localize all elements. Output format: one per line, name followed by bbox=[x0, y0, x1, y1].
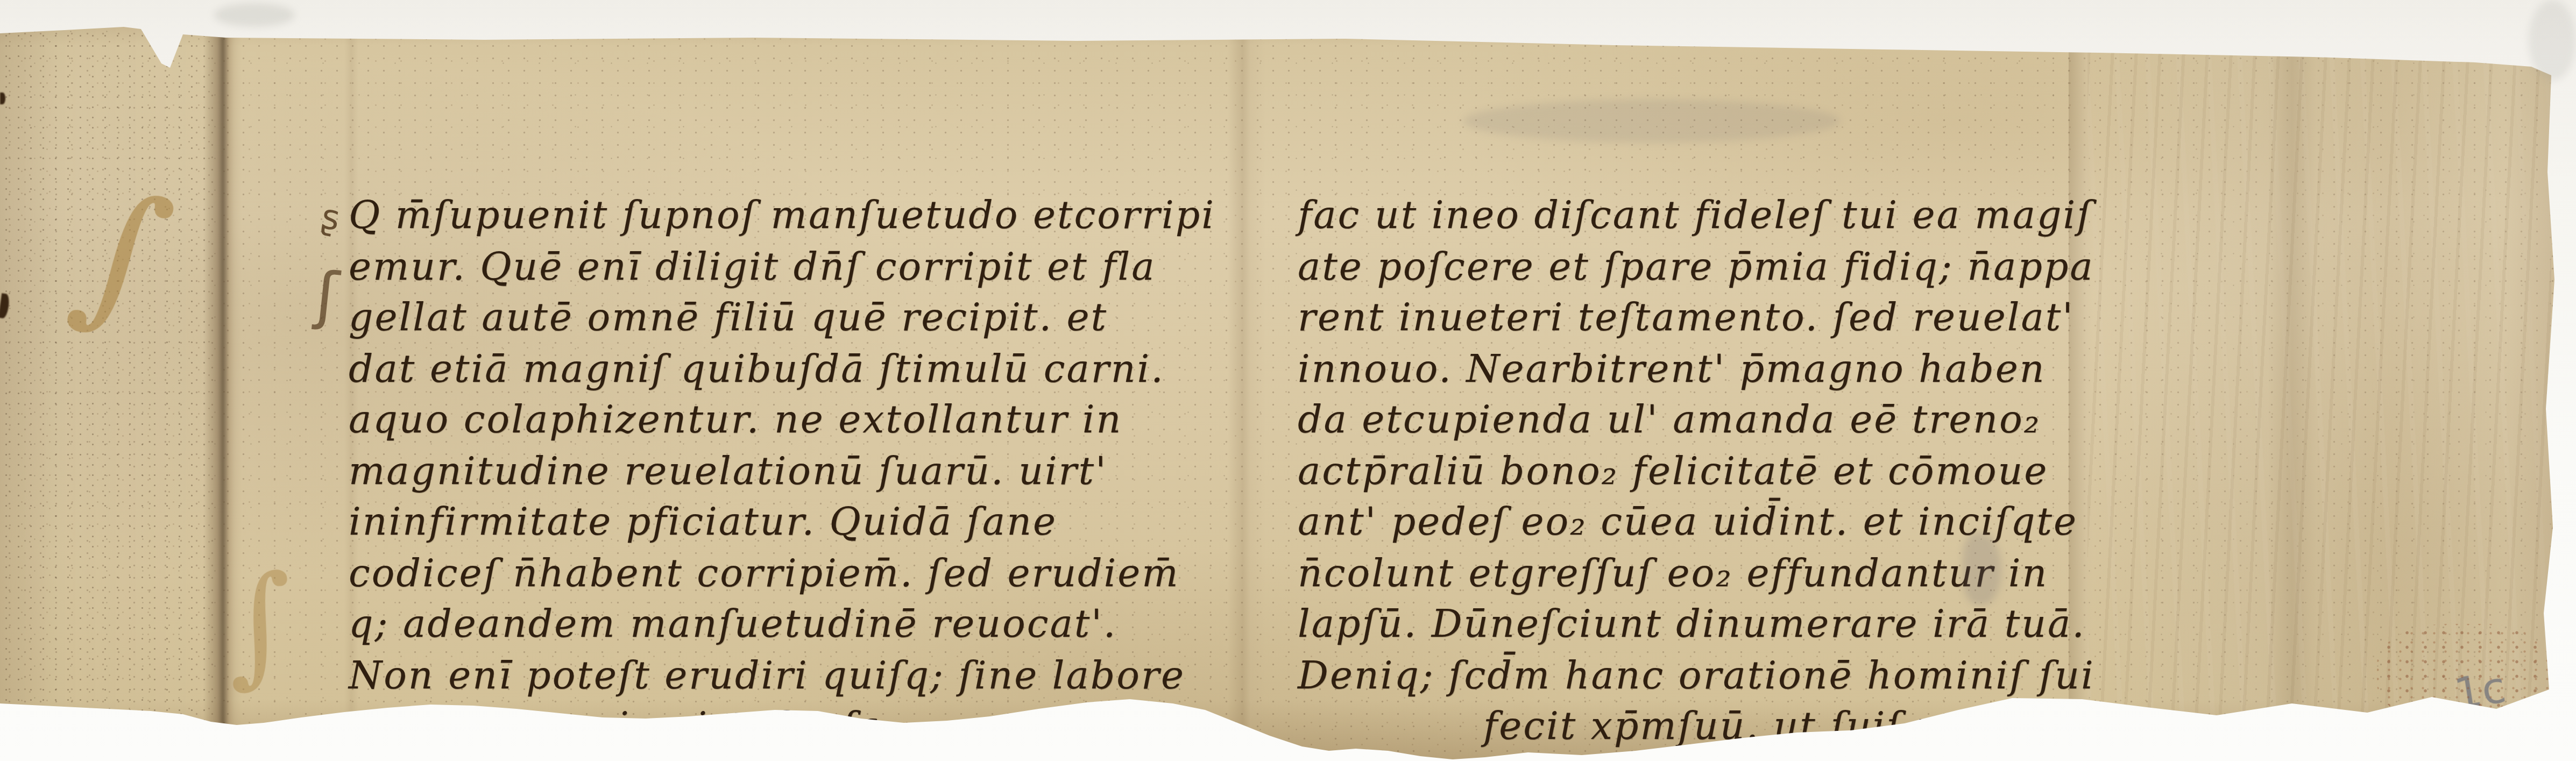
margin-crease bbox=[2268, 32, 2316, 726]
manuscript-text-line: Deniq; ſcd̄m hanc orationē hominiſ ſui bbox=[1298, 650, 2078, 701]
manuscript-text-line: Non enī poteſt erudiri quiſq; ſine labor… bbox=[349, 650, 1209, 701]
show-through-smudge bbox=[1463, 99, 1840, 143]
manuscript-text-line: ininfirmitate pficiatur. Quidā ſane bbox=[349, 496, 1209, 547]
manuscript-text-line: da etcupienda ul' amanda eē treno₂ bbox=[1298, 394, 2078, 445]
manuscript-text-line: actp̄raliū bono₂ felicitatē et cōmoue bbox=[1298, 445, 2078, 496]
rust-speckle-cluster bbox=[2377, 624, 2554, 723]
manuscript-text-line: emur. Quē enī diligit dn̄ſ corripit et f… bbox=[349, 241, 1209, 292]
show-through-smudge bbox=[2529, 0, 2576, 81]
manuscript-text-line: gellat autē omnē filiū quē recipit. et bbox=[349, 291, 1209, 343]
show-through-smudge bbox=[1963, 532, 2001, 605]
manuscript-text-line: fecit xp̄mſuū. ut ſuiſ paſſionib bbox=[1298, 700, 2078, 751]
manuscript-text-line: n̄colunt etgreſſuſ eo₂ effundantur in bbox=[1298, 547, 2078, 599]
manuscript-text-line: aquo colaphizentur. ne extollantur in bbox=[349, 394, 1209, 445]
manuscript-text-line: q; adeandem manſuetudinē reuocat'. bbox=[349, 598, 1209, 649]
manuscript-text-line: lapſū. Dūneſciunt dinumerare irā tuā. bbox=[1298, 598, 2078, 649]
manuscript-text-line: Q m̄ſupuenit ſupnoſ manſuetudo etcorripi bbox=[349, 189, 1209, 240]
manuscript-text-line: codiceſ n̄habent corripiem̄. ſed erudiem… bbox=[349, 547, 1209, 599]
show-through-smudge bbox=[214, 3, 295, 27]
intercolumn-crease bbox=[1228, 32, 1265, 726]
manuscript-text-line: dat etiā magniſ quibuſdā ſtimulū carni. bbox=[349, 343, 1209, 394]
manuscript-text-line: fac ut ineo diſcant fideleſ tui ea magiſ bbox=[1298, 189, 2078, 240]
manuscript-text-line: rent inueteri teſtamento. ſed reuelat' bbox=[1298, 291, 2078, 343]
parchment-leaf: Q m̄ſupuenit ſupnoſ manſuetudo etcorripi… bbox=[0, 0, 2576, 761]
manuscript-text-line: et dolore. quia uirtuſ ipſa bbox=[349, 700, 1209, 751]
manuscript-text-line: innouo. Nearbitrent' p̄magno haben bbox=[1298, 343, 2078, 394]
manuscript-scan: Q m̄ſupuenit ſupnoſ manſuetudo etcorripi… bbox=[0, 0, 2576, 761]
text-column-right: fac ut ineo diſcant fideleſ tui ea magiſ… bbox=[1298, 189, 2078, 751]
manuscript-text-line: ate poſcere et ſpare p̄mia fidiq; n̄appa bbox=[1298, 241, 2078, 292]
manuscript-text-line: magnitudine reuelationū ſuarū. uirt' bbox=[349, 445, 1209, 496]
ochre-pen-trial-lower: ∫ bbox=[221, 546, 298, 701]
text-column-left: Q m̄ſupuenit ſupnoſ manſuetudo etcorripi… bbox=[349, 189, 1209, 751]
manuscript-text-line: ant' pedeſ eo₂ cūea uid̄int. et inciſqte bbox=[1298, 496, 2078, 547]
clipped-ink-mark bbox=[0, 93, 5, 104]
